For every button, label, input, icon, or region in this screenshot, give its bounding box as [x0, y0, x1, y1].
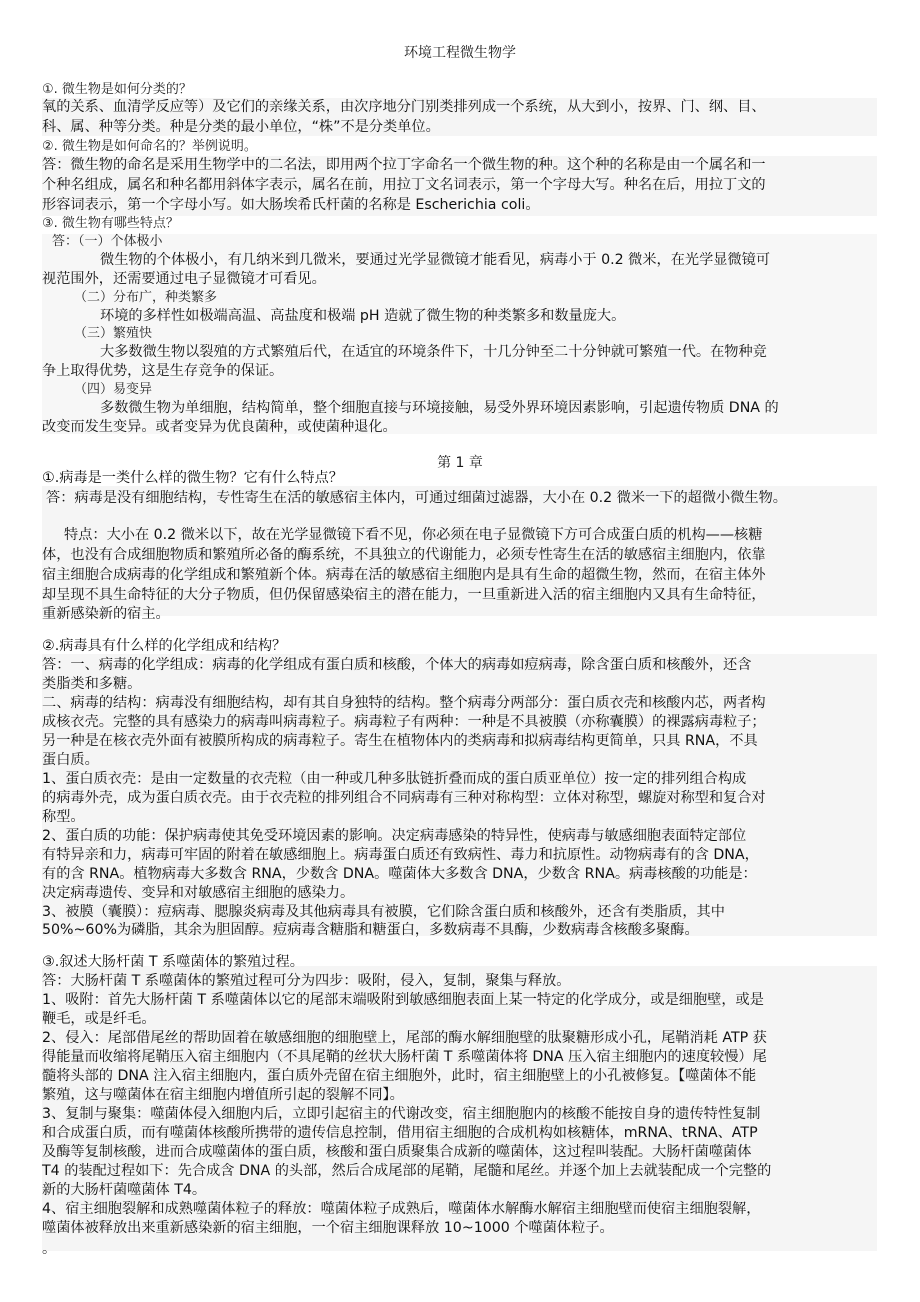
- feature-line: 却呈现不具生命特征的大分子物质，但仍保留感染宿主的潜在能力，一旦重新进入活的宿主…: [42, 586, 766, 605]
- answer-line: 及酶等复制核酸，进而合成噬菌体的蛋白质，核酸和蛋白质聚集合成新的噬菌体，这过程叫…: [42, 1143, 751, 1162]
- answer-line: 和合成蛋白质，而有噬菌体核酸所携带的遗传信息控制，借用宿主细胞的合成机构如核糖体…: [42, 1124, 758, 1143]
- answer-line: 决定病毒遗传、变异和对敏感宿主细胞的感染力。: [42, 884, 354, 903]
- point-heading: （二）分布广，种类繁多: [74, 288, 217, 307]
- answer-line: 4、宿主细胞裂解和成熟噬菌体粒子的释放：噬菌体粒子成熟后，噬菌体水解酶水解宿主细…: [42, 1200, 760, 1219]
- question-3: ③. 微生物有哪些特点？: [42, 214, 179, 233]
- answer-line: 答：病毒是没有细胞结构，专性寄生在活的敏感宿主体内，可通过细菌过滤器，大小在 0…: [46, 489, 787, 508]
- chapter-question-1: ①.病毒是一类什么样的微生物？它有什么特点？: [42, 469, 343, 488]
- answer-line: 氧的关系、血清学反应等）及它们的亲缘关系，由次序地分门别类排列成一个系统，从大到…: [42, 98, 766, 117]
- answer-line: 另一种是在核衣壳外面有被膜所构成的病毒粒子。寄生在植物体内的类病毒和拟病毒结构更…: [42, 732, 758, 751]
- chapter-question-3: ③.叙述大肠杆菌 T 系噬菌体的繁殖过程。: [42, 953, 304, 972]
- answer-line: 二、病毒的结构：病毒没有细胞结构，却有其自身独特的结构。整个病毒分两部分：蛋白质…: [42, 694, 766, 713]
- answer-line: 有特异亲和力，病毒可牢固的附着在敏感细胞上。病毒蛋白质还有致病性、毒力和抗原性。…: [42, 846, 759, 865]
- point-text: 争上取得优势，这是生存竞争的保证。: [42, 362, 283, 381]
- answer-line: 髓将头部的 DNA 注入宿主细胞内，蛋白质外壳留在宿主细胞外，此时，宿主细胞壁上…: [42, 1067, 756, 1086]
- feature-line: 宿主细胞合成病毒的化学组成和繁殖新个体。病毒在活的敏感宿主细胞内是具有生命的超微…: [42, 566, 766, 585]
- question-1: ①. 微生物是如何分类的？: [42, 80, 192, 99]
- answer-line: 的病毒外壳，成为蛋白质衣壳。由于衣壳粒的排列组合不同病毒有三种对称构型：立体对称…: [42, 789, 766, 808]
- feature-line: 特点：大小在 0.2 微米以下，故在光学显微镜下看不见，你必须在电子显微镜下方可…: [64, 526, 762, 545]
- point-text: 多数微生物为单细胞，结构简单，整个细胞直接与环境接触，易受外界环境因素影响，引起…: [100, 399, 779, 418]
- feature-line: 重新感染新的宿主。: [42, 605, 170, 624]
- point-text: 环境的多样性如极端高温、高盐度和极端 pH 造就了微生物的种类繁多和数量庞大。: [100, 307, 625, 326]
- answer-line: 3、复制与聚集：噬菌体侵入细胞内后，立即引起宿主的代谢改变，宿主细胞胞内的核酸不…: [42, 1105, 760, 1124]
- answer-line: 2、侵入：尾部借尾丝的帮助固着在敏感细胞的细胞壁上，尾部的酶水解细胞壁的肽聚糖形…: [42, 1029, 767, 1048]
- answer-line: 成核衣壳。完整的具有感染力的病毒叫病毒粒子。病毒粒子有两种：一种是不具被膜（亦称…: [42, 713, 766, 732]
- point-heading: 答：（一）个体极小: [52, 232, 163, 251]
- answer-line: 答：微生物的命名是采用生物学中的二名法，即用两个拉丁字命名一个微生物的种。这个种…: [42, 156, 766, 175]
- answer-line: 50%~60%为磷脂，其余为胆固醇。痘病毒含糖脂和糖蛋白，多数病毒不具酶，少数病…: [42, 921, 699, 940]
- answer-line: 答：一、病毒的化学组成：病毒的化学组成有蛋白质和核酸，个体大的病毒如痘病毒，除含…: [42, 656, 751, 675]
- answer-line: 2、蛋白质的功能：保护病毒使其免受环境因素的影响。决定病毒感染的特异性，使病毒与…: [42, 827, 746, 846]
- answer-line: 形容词表示，第一个字母小写。如大肠埃希氏杆菌的名称是 Escherichia c…: [42, 196, 540, 215]
- point-text: 大多数微生物以裂殖的方式繁殖后代，在适宜的环境条件下，十几分钟至二十分钟就可繁殖…: [100, 343, 767, 362]
- point-text: 微生物的个体极小，有几纳米到几微米，要通过光学显微镜才能看见，病毒小于 0.2 …: [100, 251, 770, 270]
- answer-line: 类脂类和多糖。: [42, 675, 141, 694]
- answer-line: 蛋白质。: [42, 751, 99, 770]
- answer-line: 1、吸附：首先大肠杆菌 T 系噬菌体以它的尾部末端吸附到敏感细胞表面上某一特定的…: [42, 991, 764, 1010]
- answer-line: 鞭毛，或是纤毛。: [42, 1010, 156, 1029]
- document-page: 环境工程微生物学 ①. 微生物是如何分类的？ 氧的关系、血清学反应等）及它们的亲…: [0, 0, 920, 1302]
- answer-line: 3、被膜（囊膜）：痘病毒、腮腺炎病毒及其他病毒具有被膜，它们除含蛋白质和核酸外，…: [42, 903, 725, 922]
- answer-line: 科、属、种等分类。种是分类的最小单位，“株”不是分类单位。: [42, 118, 440, 137]
- answer-line: 新的大肠杆菌噬菌体 T4。: [42, 1181, 206, 1200]
- answer-line: 称型。: [42, 808, 85, 827]
- answer-line: 噬菌体被释放出来重新感染新的宿主细胞，一个宿主细胞课释放 10~1000 个噬菌…: [42, 1219, 614, 1238]
- answer-line: 个种名组成，属名和种名都用斜体字表示，属名在前，用拉丁文名词表示，第一个字母大写…: [42, 176, 766, 195]
- point-text: 视范围外，还需要通过电子显微镜才可看见。: [42, 270, 326, 289]
- question-2: ②. 微生物是如何命名的？举例说明。: [42, 137, 257, 156]
- document-title: 环境工程微生物学: [0, 42, 920, 62]
- point-heading: （三）繁殖快: [74, 324, 152, 343]
- answer-line: T4 的装配过程如下：先合成含 DNA 的头部，然后合成尾部的尾鞘，尾髓和尾丝。…: [42, 1162, 771, 1181]
- answer-line: 答：大肠杆菌 T 系噬菌体的繁殖过程可分为四步：吸附，侵入，复制，聚集与释放。: [42, 972, 570, 991]
- trailing-mark: 。: [42, 1240, 56, 1259]
- answer-line: 繁殖，这与噬菌体在宿主细胞内增值所引起的裂解不同】。: [42, 1086, 404, 1105]
- chapter-question-2: ②.病毒具有什么样的化学组成和结构？: [42, 637, 286, 656]
- feature-line: 体，也没有合成细胞物质和繁殖所必备的酶系统，不具独立的代谢能力，必须专性寄生在活…: [42, 546, 766, 565]
- answer-line: 得能量而收缩将尾鞘压入宿主细胞内（不具尾鞘的丝状大肠杆菌 T 系噬菌体将 DNA…: [42, 1048, 767, 1067]
- point-text: 改变而发生变异。或者变异为优良菌种，或使菌种退化。: [42, 418, 397, 437]
- answer-line: 有的含 RNA。植物病毒大多数含 RNA，少数含 DNA。噬菌体大多数含 DNA…: [42, 865, 757, 884]
- point-heading: （四）易变异: [74, 380, 152, 399]
- answer-line: 1、蛋白质衣壳：是由一定数量的衣壳粒（由一种或几种多肽链折叠而成的蛋白质亚单位）…: [42, 770, 746, 789]
